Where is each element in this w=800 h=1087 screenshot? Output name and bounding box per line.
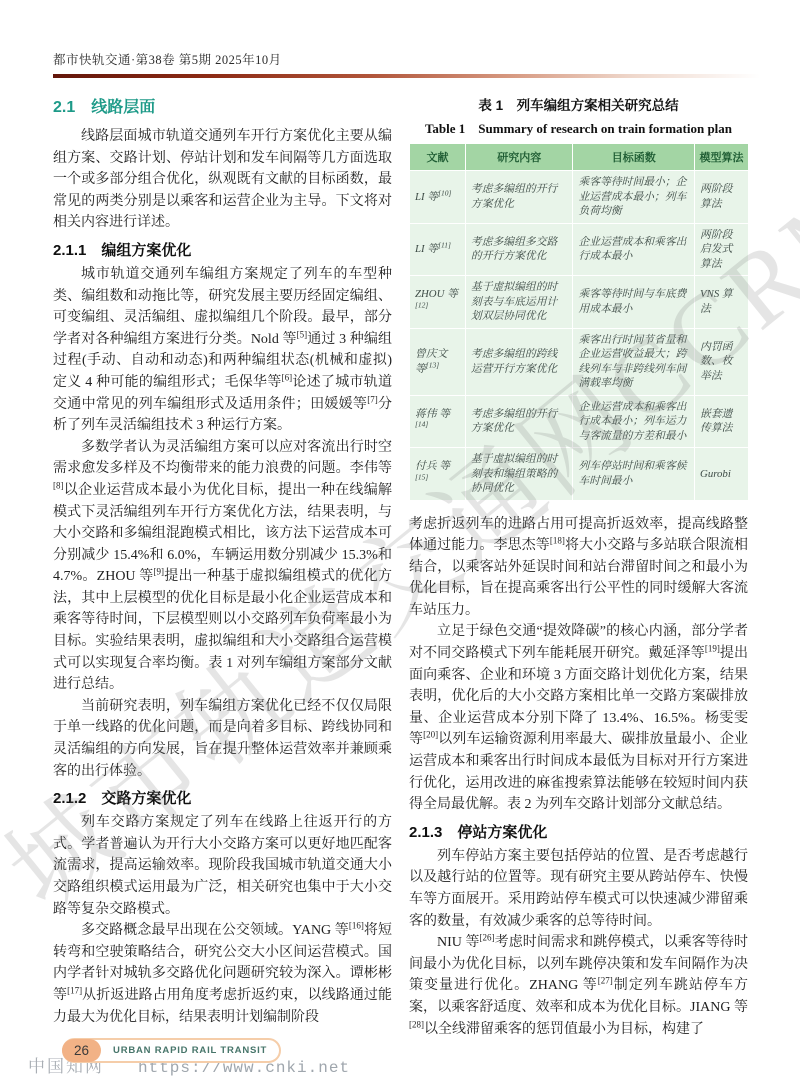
cell-objective: 列车停站时间和乘客候车时间最小 <box>573 448 695 501</box>
cell-objective: 企业运营成本和乘客出行成本最小；列车运力与客流量的方差和最小 <box>573 395 695 448</box>
table-row: LI 等[10] 考虑多编组的开行方案优化 乘客等待时间最小；企业运营成本最小；… <box>410 171 749 224</box>
cell-reference: 蒋伟 等[14] <box>410 395 466 448</box>
cell-method: 两阶段算法 <box>695 171 749 224</box>
cell-reference: 曾庆文 等[13] <box>410 328 466 395</box>
table-row: ZHOU 等[12] 基于虚拟编组的时刻表与车底运用计划双层协同优化 乘客等待时… <box>410 276 749 329</box>
paragraph: 列车交路方案规定了列车在线路上往返开行的方式。学者普遍认为开行大小交路方案可以更… <box>53 812 392 920</box>
cell-content: 基于虚拟编组的时刻表和编组策略的协同优化 <box>465 448 573 501</box>
table1-caption-zh: 表 1 列车编组方案相关研究总结 <box>409 94 748 114</box>
header-rule-divider <box>53 74 760 78</box>
cell-method: 内罚函数、枚举法 <box>695 328 749 395</box>
cell-method: VNS 算法 <box>695 276 749 329</box>
article-body: 2.1 线路层面 线路层面城市轨道交通列车开行方案优化主要从编组方案、交路计划、… <box>53 92 748 1040</box>
table1-train-formation-research: 文献 研究内容 目标函数 模型算法 LI 等[10] 考虑多编组的开行方案优化 … <box>409 143 749 501</box>
cell-method: 嵌套遗传算法 <box>695 395 749 448</box>
cell-method: Gurobi <box>695 448 749 501</box>
table-row: 付兵 等[15] 基于虚拟编组的时刻表和编组策略的协同优化 列车停站时间和乘客候… <box>410 448 749 501</box>
col-header-content: 研究内容 <box>465 144 573 171</box>
col-header-method: 模型算法 <box>695 144 749 171</box>
table-row: LI 等[11] 考虑多编组多交路的开行方案优化 企业运营成本和乘客出行成本最小… <box>410 223 749 276</box>
subsection-heading-2-1-3: 2.1.3 停站方案优化 <box>409 821 748 842</box>
journal-header-line: 都市快轨交通·第38卷 第5期 2025年10月 <box>53 50 760 68</box>
left-column: 2.1 线路层面 线路层面城市轨道交通列车开行方案优化主要从编组方案、交路计划、… <box>53 92 392 1040</box>
section-heading-2-1: 2.1 线路层面 <box>53 94 392 117</box>
journal-name-english: URBAN RAPID RAIL TRANSIT <box>101 1045 279 1056</box>
cell-objective: 企业运营成本和乘客出行成本最小 <box>573 223 695 276</box>
paragraph: 城市轨道交通列车编组方案规定了列车的车型种类、编组数和动拖比等，研究发展主要历经… <box>53 264 392 437</box>
table-header-row: 文献 研究内容 目标函数 模型算法 <box>410 144 749 171</box>
paragraph: 列车停站方案主要包括停站的位置、是否考虑越行以及越行站的位置等。现有研究主要从跨… <box>409 846 748 932</box>
col-header-objective: 目标函数 <box>573 144 695 171</box>
col-header-reference: 文献 <box>410 144 466 171</box>
cell-objective: 乘客出行时间节省量和企业运营收益最大；跨线列车与非跨线列车间满载率均衡 <box>573 328 695 395</box>
cell-reference: ZHOU 等[12] <box>410 276 466 329</box>
paragraph: 立足于绿色交通“提效降碳”的核心内涵，部分学者对不同交路模式下列车能耗展开研究。… <box>409 621 748 815</box>
page-number: 26 <box>62 1039 101 1062</box>
table-row: 蒋伟 等[14] 考虑多编组的开行方案优化 企业运营成本和乘客出行成本最小；列车… <box>410 395 749 448</box>
paragraph: NIU 等[26]考虑时间需求和跳停模式，以乘客等待时间最小为优化目标，以列车跳… <box>409 932 748 1040</box>
paragraph: 多数学者认为灵活编组方案可以应对客流出行时空需求愈发多样及不均衡带来的能力浪费的… <box>53 437 392 696</box>
right-column: 表 1 列车编组方案相关研究总结 Table 1 Summary of rese… <box>409 92 748 1040</box>
cell-content: 基于虚拟编组的时刻表与车底运用计划双层协同优化 <box>465 276 573 329</box>
cell-content: 考虑多编组的开行方案优化 <box>465 171 573 224</box>
paragraph: 考虑折返列车的进路占用可提高折返效率，提高线路整体通过能力。李思杰等[18]将大… <box>409 514 748 622</box>
paragraph: 多交路概念最早出现在公交领域。YANG 等[16]将短转弯和空驶策略结合，研究公… <box>53 920 392 1028</box>
cell-reference: LI 等[10] <box>410 171 466 224</box>
subsection-heading-2-1-2: 2.1.2 交路方案优化 <box>53 787 392 808</box>
cell-content: 考虑多编组多交路的开行方案优化 <box>465 223 573 276</box>
cell-content: 考虑多编组的跨线运营开行方案优化 <box>465 328 573 395</box>
cell-method: 两阶段启发式算法 <box>695 223 749 276</box>
table-row: 曾庆文 等[13] 考虑多编组的跨线运营开行方案优化 乘客出行时间节省量和企业运… <box>410 328 749 395</box>
subsection-heading-2-1-1: 2.1.1 编组方案优化 <box>53 239 392 260</box>
paragraph: 当前研究表明，列车编组方案优化已经不仅仅局限于单一线路的优化问题，而是向着多目标… <box>53 696 392 782</box>
cell-content: 考虑多编组的开行方案优化 <box>465 395 573 448</box>
cell-objective: 乘客等待时间最小；企业运营成本最小；列车负荷均衡 <box>573 171 695 224</box>
paragraph: 线路层面城市轨道交通列车开行方案优化主要从编组方案、交路计划、停站计划和发车间隔… <box>53 126 392 234</box>
table1-caption-en: Table 1 Summary of research on train for… <box>409 118 748 137</box>
page-number-badge: 26 URBAN RAPID RAIL TRANSIT <box>62 1038 281 1063</box>
cell-reference: 付兵 等[15] <box>410 448 466 501</box>
cell-objective: 乘客等待时间与车底费用成本最小 <box>573 276 695 329</box>
cell-reference: LI 等[11] <box>410 223 466 276</box>
